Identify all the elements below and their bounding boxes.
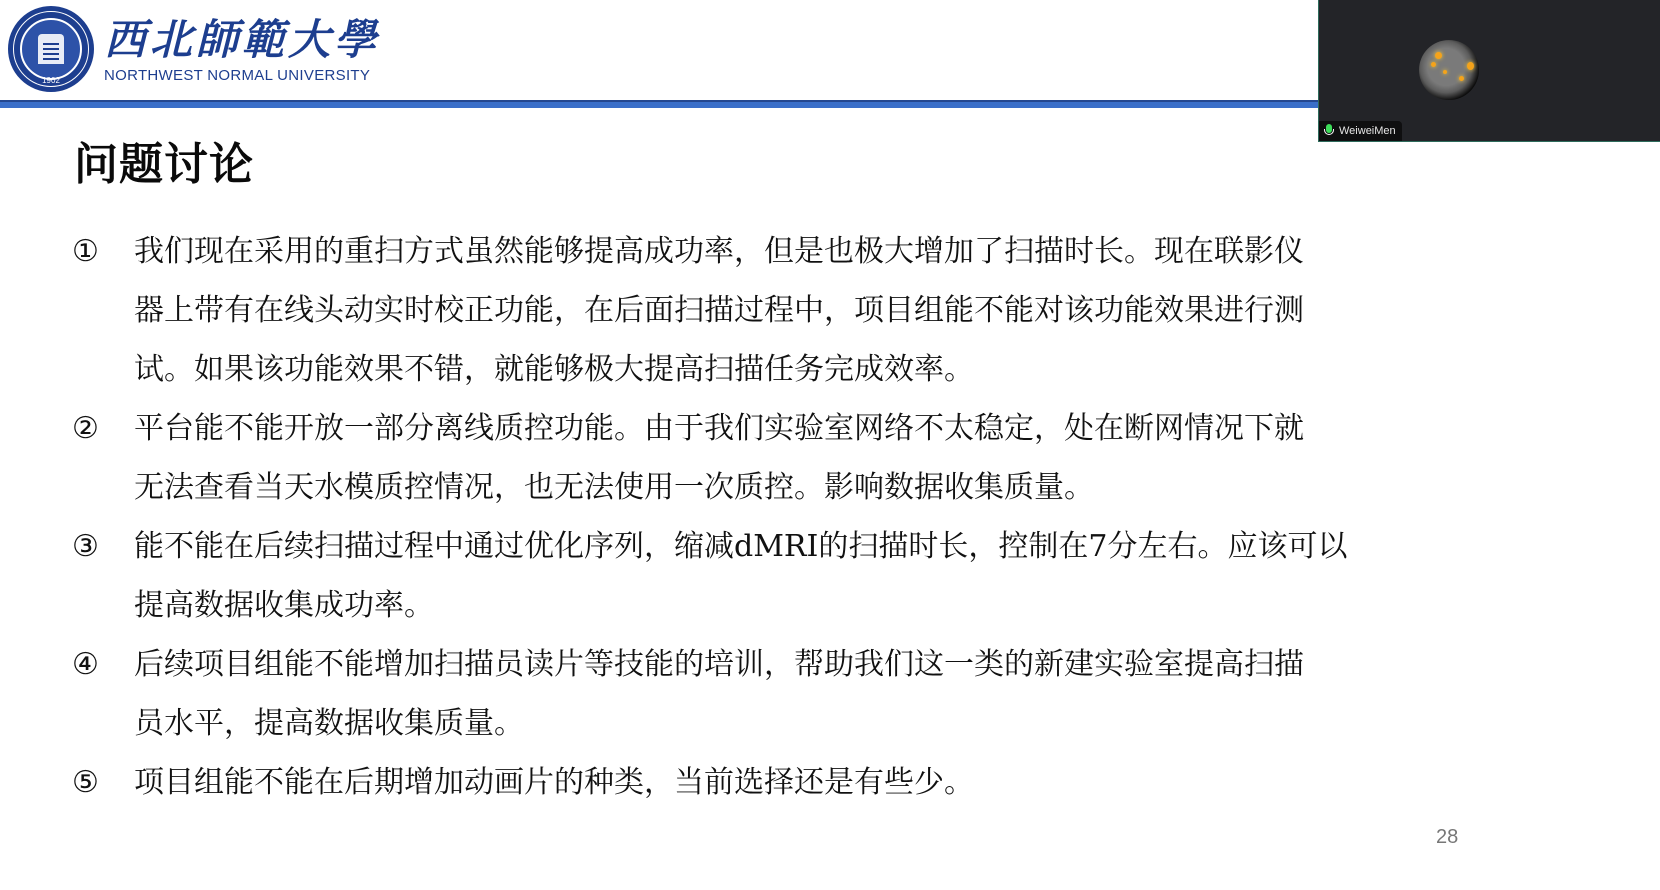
seal-year: 1902: [11, 76, 91, 85]
logo-english-name: NORTHWEST NORMAL UNIVERSITY: [104, 67, 380, 84]
item-text-line: 无法查看当天水模质控情况，也无法使用一次质控。影响数据收集质量。: [134, 458, 1452, 517]
list-item: ③ 能不能在后续扫描过程中通过优化序列，缩减dMRI的扫描时长，控制在7分左右。…: [72, 517, 1452, 635]
item-number: ②: [72, 399, 99, 458]
page-number: 28: [1436, 826, 1458, 849]
discussion-list: ① 我们现在采用的重扫方式虽然能够提高成功率，但是也极大增加了扫描时长。现在联影…: [72, 222, 1452, 812]
list-item: ④ 后续项目组能不能增加扫描员读片等技能的培训，帮助我们这一类的新建实验室提高扫…: [72, 635, 1452, 753]
participant-name-tag: WeiweiMen: [1319, 121, 1402, 141]
logo-chinese-name: 西北師範大學: [104, 15, 380, 65]
item-text-line: 后续项目组能不能增加扫描员读片等技能的培训，帮助我们这一类的新建实验室提高扫描: [134, 635, 1452, 694]
seal-building-icon: [38, 34, 64, 64]
list-item: ① 我们现在采用的重扫方式虽然能够提高成功率，但是也极大增加了扫描时长。现在联影…: [72, 222, 1452, 399]
slide-title: 问题讨论: [74, 128, 254, 192]
item-number: ③: [72, 517, 99, 576]
header-divider-bar: [0, 100, 1320, 108]
university-seal-icon: 1902: [8, 6, 94, 92]
item-number: ④: [72, 635, 99, 694]
item-text-line: 我们现在采用的重扫方式虽然能够提高成功率，但是也极大增加了扫描时长。现在联影仪: [134, 222, 1452, 281]
item-text-line: 项目组能不能在后期增加动画片的种类，当前选择还是有些少。: [134, 753, 1452, 812]
participant-video-tile[interactable]: WeiweiMen: [1318, 0, 1660, 142]
item-text-line: 提高数据收集成功率。: [134, 576, 1452, 635]
item-number: ①: [72, 222, 99, 281]
item-text-line: 器上带有在线头动实时校正功能，在后面扫描过程中，项目组能不能对该功能效果进行测: [134, 281, 1452, 340]
list-item: ⑤ 项目组能不能在后期增加动画片的种类，当前选择还是有些少。: [72, 753, 1452, 812]
participant-name: WeiweiMen: [1339, 125, 1396, 137]
university-logo: 1902 西北師範大學 NORTHWEST NORMAL UNIVERSITY: [8, 6, 380, 92]
item-text-line: 试。如果该功能效果不错，就能够极大提高扫描任务完成效率。: [134, 340, 1452, 399]
list-item: ② 平台能不能开放一部分离线质控功能。由于我们实验室网络不太稳定，处在断网情况下…: [72, 399, 1452, 517]
item-text-line: 能不能在后续扫描过程中通过优化序列，缩减dMRI的扫描时长，控制在7分左右。应该…: [134, 517, 1452, 576]
brain-avatar-icon: [1419, 40, 1479, 100]
microphone-icon: [1323, 124, 1335, 138]
item-text-line: 平台能不能开放一部分离线质控功能。由于我们实验室网络不太稳定，处在断网情况下就: [134, 399, 1452, 458]
logo-text: 西北師範大學 NORTHWEST NORMAL UNIVERSITY: [104, 15, 380, 84]
item-text-line: 员水平，提高数据收集质量。: [134, 694, 1452, 753]
item-number: ⑤: [72, 753, 99, 812]
